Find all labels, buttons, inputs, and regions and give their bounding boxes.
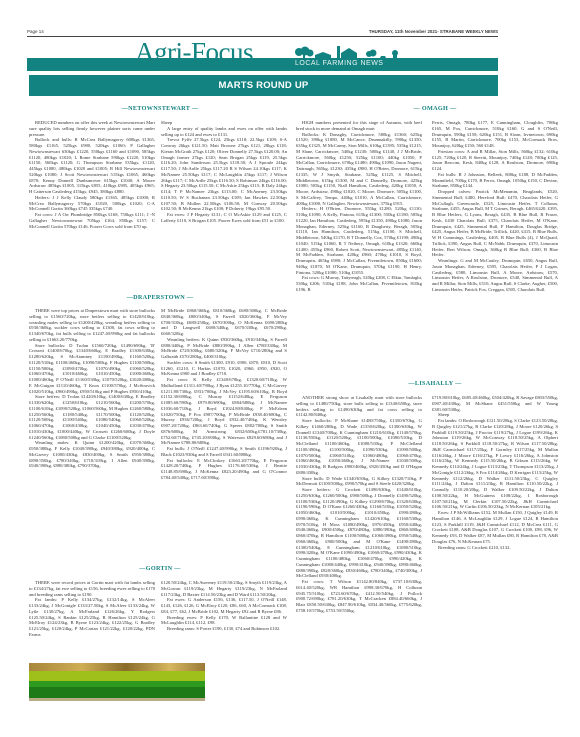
paragraph: Ewes: J P McWilliams £152, M Mullan £150… — [432, 510, 558, 545]
paragraph: Fat cows: K Kelly £1340/670kg, £1320.60/… — [161, 377, 287, 446]
newtownstewart-col1: REDUCED numbers on offer this week at Ne… — [29, 120, 155, 229]
paragraph: Friesian cows: A and R Millar, Sion Mill… — [432, 149, 558, 172]
newtownstewart-col2: Sheep A large entry of quality lambs and… — [161, 120, 287, 224]
paragraph: Fat cows: J A Orr Plumbridge 850kgs £168… — [29, 212, 155, 229]
heading-gortin: —GORTIN — — [95, 565, 225, 572]
paragraph: Weanlings: G and M McCauley, Drumquin, £… — [432, 258, 558, 293]
heading-lisahally: —LISAHALLY — — [370, 380, 500, 387]
paragraph: Fat ewes: G Anderson £156, £136, £117.50… — [161, 597, 287, 614]
paragraph: Fat cows: T Wilson £1142.80/840kg, £737.… — [296, 579, 422, 614]
gortin-col1: THERE were record prices at Gortin mart … — [29, 580, 155, 660]
paragraph: THERE were top prices at Draperstown mar… — [29, 308, 155, 343]
paragraph: REDUCED numbers on offer this week at Ne… — [29, 120, 155, 137]
draperstown-col1: THERE were top prices at Draperstown mar… — [29, 308, 155, 469]
paragraph: Dropped calves: Patrick McMenamin, Beagl… — [432, 189, 558, 258]
paragraph: Fat lambs: O Rosborough £121.50/28kg, S … — [432, 418, 558, 510]
paragraph: Store bulls: D Wade £1340/650kg, G Kilke… — [296, 476, 422, 488]
paragraph: Store heifers: D Trolan £1420/610kg, £14… — [29, 394, 155, 440]
paragraph: Ferris, Omagh, 780kg £177, E Cunningham,… — [432, 120, 558, 149]
paragraph: Store bullocks: P McShane £1480/750kg, £… — [296, 418, 422, 476]
gortin-col2: £120.50/24kg, C McAweeney £119.50/23kg, … — [161, 580, 287, 632]
masthead-subtitle: LOCAL FARMING NEWS — [295, 60, 383, 67]
heading-omagh: — OMAGH — — [370, 105, 500, 112]
paragraph: Trevor Fyffe 27.5kgs £124, 25kgs £118; 2… — [161, 137, 287, 212]
masthead-band — [27, 58, 498, 71]
paragraph: Breeding ewes: P Kelly £170, W Ballantin… — [161, 615, 287, 627]
paragraph: Fat bulls: J O'Neill £1247.40/990kg, S S… — [161, 446, 287, 458]
page-header: Page 14 THURSDAY, 11th November 2021- ST… — [27, 29, 498, 37]
paragraph: Store heifers: G Crockett £1490/630kg, £… — [296, 487, 422, 579]
paragraph: Heifers: H O'Brien, Dromore, 555kg £1280… — [296, 206, 422, 275]
omagh-col2: Ferris, Omagh, 780kg £177, E Cunningham,… — [432, 120, 558, 363]
heading-newtownstewart: —NETOWNSTEWART — — [95, 105, 225, 112]
masthead-title: Agri-Focus — [135, 38, 253, 66]
omagh-col1: HIGH numbers presented for this stage of… — [296, 120, 422, 363]
paragraph: Fat bulls: R J Johnston, Belleek, 800kg … — [432, 172, 558, 189]
section-title: MARTS ROUND UP — [219, 80, 309, 91]
lisahally-col1: ANOTHER strong show at Lisahally mart wi… — [296, 395, 422, 695]
masthead: Agri-Focus LOCAL FARMING NEWS — [27, 38, 498, 71]
paragraph: Fat lambs: P Kelly £134/27kg, £132/14kg,… — [29, 597, 155, 637]
paragraph: Breeding rams: G Crockett £210, £132. — [432, 545, 558, 551]
paragraph: ANOTHER strong show at Lisahally mart wi… — [296, 395, 422, 418]
paragraph: HIGH numbers presented for this stage of… — [296, 120, 422, 132]
paragraph: Fat ewes: J P Hegarty £131; C O McAskie … — [161, 212, 287, 224]
paragraph: Bullocks: K Donaghy, Carrickmore, 580kg,… — [296, 132, 422, 207]
paragraph: Heifers: J J Kelly Claudy 580kgs £1365, … — [29, 195, 155, 212]
paragraph: M McBride £860/360kg, £810/360kg, £680/3… — [161, 308, 287, 337]
farm-skyline-icon — [289, 44, 417, 60]
paragraph: £120.50/24kg, C McAweeney £119.50/23kg, … — [161, 580, 287, 597]
paragraph: Weanling heifers: K Quinn £930/360kg, £9… — [161, 337, 287, 360]
farm-field-photo — [29, 663, 205, 701]
paragraph: Bullock and bulls: R McCrea Ballymagorry… — [29, 137, 155, 195]
heading-draperstown: —DRAPERSTOWN — — [95, 294, 225, 301]
paragraph: THERE were record prices at Gortin mart … — [29, 580, 155, 597]
paragraph: Fat cows: G Murray, Tattyreagh, 520kg £2… — [296, 275, 422, 292]
paragraph: Fat bullocks: E McCloskey £1663.20/770kg… — [161, 458, 287, 481]
lisahally-col2: £719.80/610kg, £685.40/460kg, £504/420kg… — [432, 395, 558, 695]
dateline: THURSDAY, 11th November 2021- STRABANE W… — [369, 29, 498, 34]
paragraph: £719.80/610kg, £685.40/460kg, £504/420kg… — [432, 395, 558, 412]
section-banner: MARTS ROUND UP — [29, 75, 498, 96]
draperstown-col2: M McBride £860/360kg, £810/360kg, £680/3… — [161, 308, 287, 481]
page-number: Page 14 — [27, 29, 44, 34]
paragraph: Suckler cows: S Smith £1300, £910, £900,… — [161, 360, 287, 377]
paragraph: Store bullocks: D Trolan £1560/720kg, £1… — [29, 343, 155, 395]
paragraph: Breeding rams: S Porter £190, £130, £74 … — [161, 626, 287, 632]
paragraph: Weanling males: K Quinn £1200/420kg, £10… — [29, 440, 155, 469]
paragraph: A large entry of quality lambs and ewes … — [161, 126, 287, 138]
